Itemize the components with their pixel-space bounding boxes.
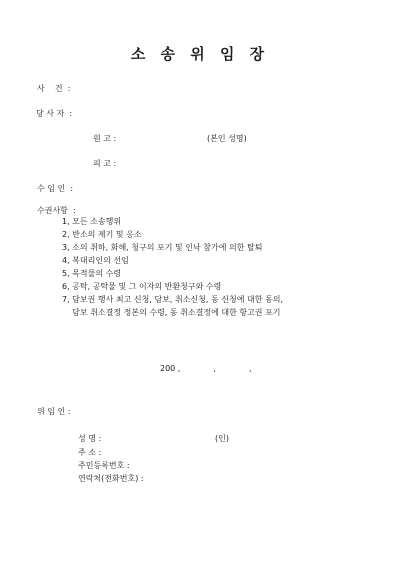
party-label: 당 사 자 :: [36, 109, 72, 119]
document-title: 소 송 위 임 장: [0, 43, 400, 64]
date-line: 200 , , ,: [160, 364, 252, 374]
authorized-item: 1, 모든 소송행위: [62, 215, 283, 228]
authorized-item: 5, 목적물의 수령: [62, 267, 283, 280]
authorized-item: 담보 취소결정 정본의 수령, 동 취소결정에 대한 항고권 포기: [62, 306, 283, 319]
delegator-name-label: 성 명 :: [78, 434, 101, 444]
plaintiff-label: 원 고 :: [93, 134, 116, 144]
seal-mark: (인): [215, 434, 229, 444]
authorized-item: 2, 반소의 제기 및 응소: [62, 228, 283, 241]
delegator-resident-id-label: 주민등록번호 :: [78, 461, 130, 471]
authorized-item: 7, 담보권 행사 최고 신청, 담보, 취소신청, 동 신청에 대한 동의,: [62, 293, 283, 306]
plaintiff-name-note: (본인 성명): [207, 134, 247, 144]
authorized-items-list: 1, 모든 소송행위2, 반소의 제기 및 응소3, 소의 취하, 화해, 청구…: [62, 215, 283, 319]
authorized-item: 6, 공탁, 공탁물 및 그 이자의 반환청구와 수령: [62, 280, 283, 293]
delegator-address-label: 주 소 :: [78, 448, 101, 458]
power-of-attorney-document: 소 송 위 임 장 사 건 : 당 사 자 : 원 고 : (본인 성명) 피 …: [0, 0, 400, 565]
case-label: 사 건 :: [37, 84, 70, 94]
authorized-item: 4, 복대리인의 선임: [62, 254, 283, 267]
delegator-contact-label: 연락처(전화번호) :: [78, 474, 144, 484]
defendant-label: 피 고 :: [93, 159, 116, 169]
delegator-label: 위 임 인 :: [37, 407, 71, 417]
authorized-item: 3, 소의 취하, 화해, 청구의 포기 및 인낙 참가에 의한 탈퇴: [62, 241, 283, 254]
attorney-label: 수 임 인 :: [37, 184, 73, 194]
